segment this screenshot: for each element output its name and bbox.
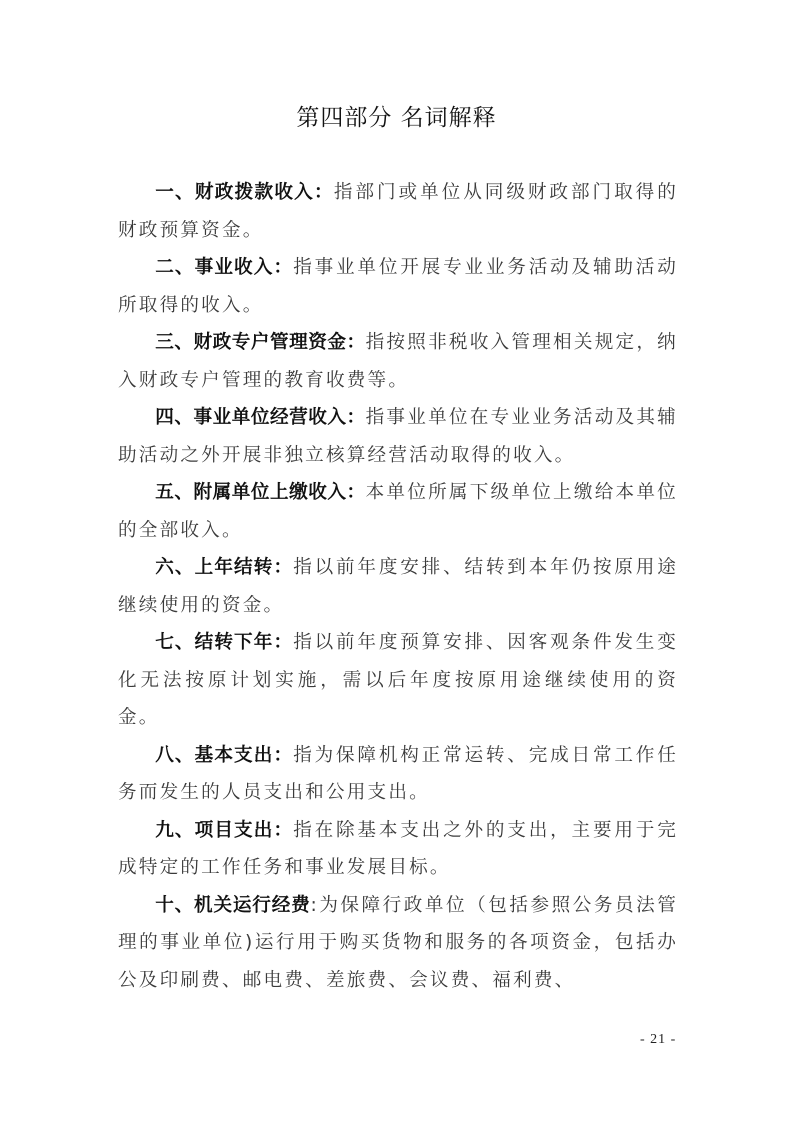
definition-item: 三、财政专户管理资金：指按照非税收入管理相关规定，纳入财政专户管理的教育收费等。 bbox=[118, 324, 678, 399]
definition-item: 四、事业单位经营收入：指事业单位在专业业务活动及其辅助活动之外开展非独立核算经营… bbox=[118, 399, 678, 474]
definition-term: 八、基本支出： bbox=[155, 745, 293, 766]
page-number: - 21 - bbox=[640, 1032, 676, 1048]
definition-item: 六、上年结转：指以前年度安排、结转到本年仍按原用途继续使用的资金。 bbox=[118, 549, 678, 624]
definition-term: 一、财政拨款收入： bbox=[155, 182, 334, 203]
definition-term: 三、财政专户管理资金： bbox=[155, 332, 365, 353]
definition-item: 二、事业收入：指事业单位开展专业业务活动及辅助活动所取得的收入。 bbox=[118, 249, 678, 324]
definition-term: 十、机关运行经费 bbox=[155, 895, 310, 916]
document-page: 第四部分 名词解释 一、财政拨款收入：指部门或单位从同级财政部门取得的财政预算资… bbox=[0, 0, 793, 1122]
definitions-list: 一、财政拨款收入：指部门或单位从同级财政部门取得的财政预算资金。 二、事业收入：… bbox=[118, 174, 678, 999]
definition-term: 四、事业单位经营收入： bbox=[155, 407, 365, 428]
definition-item: 七、结转下年：指以前年度预算安排、因客观条件发生变化无法按原计划实施，需以后年度… bbox=[118, 624, 678, 737]
definition-term: 二、事业收入： bbox=[155, 257, 293, 278]
definition-item: 八、基本支出：指为保障机构正常运转、完成日常工作任务而发生的人员支出和公用支出。 bbox=[118, 737, 678, 812]
definition-term: 五、附属单位上缴收入： bbox=[155, 482, 365, 503]
definition-item: 五、附属单位上缴收入：本单位所属下级单位上缴给本单位的全部收入。 bbox=[118, 474, 678, 549]
definition-term: 九、项目支出： bbox=[155, 820, 293, 841]
definition-item: 九、项目支出：指在除基本支出之外的支出，主要用于完成特定的工作任务和事业发展目标… bbox=[118, 812, 678, 887]
definition-term: 六、上年结转： bbox=[155, 557, 293, 578]
page-title: 第四部分 名词解释 bbox=[0, 100, 793, 136]
definition-item: 一、财政拨款收入：指部门或单位从同级财政部门取得的财政预算资金。 bbox=[118, 174, 678, 249]
definition-item: 十、机关运行经费:为保障行政单位（包括参照公务员法管理的事业单位)运行用于购买货… bbox=[118, 887, 678, 1000]
definition-term: 七、结转下年： bbox=[155, 632, 293, 653]
